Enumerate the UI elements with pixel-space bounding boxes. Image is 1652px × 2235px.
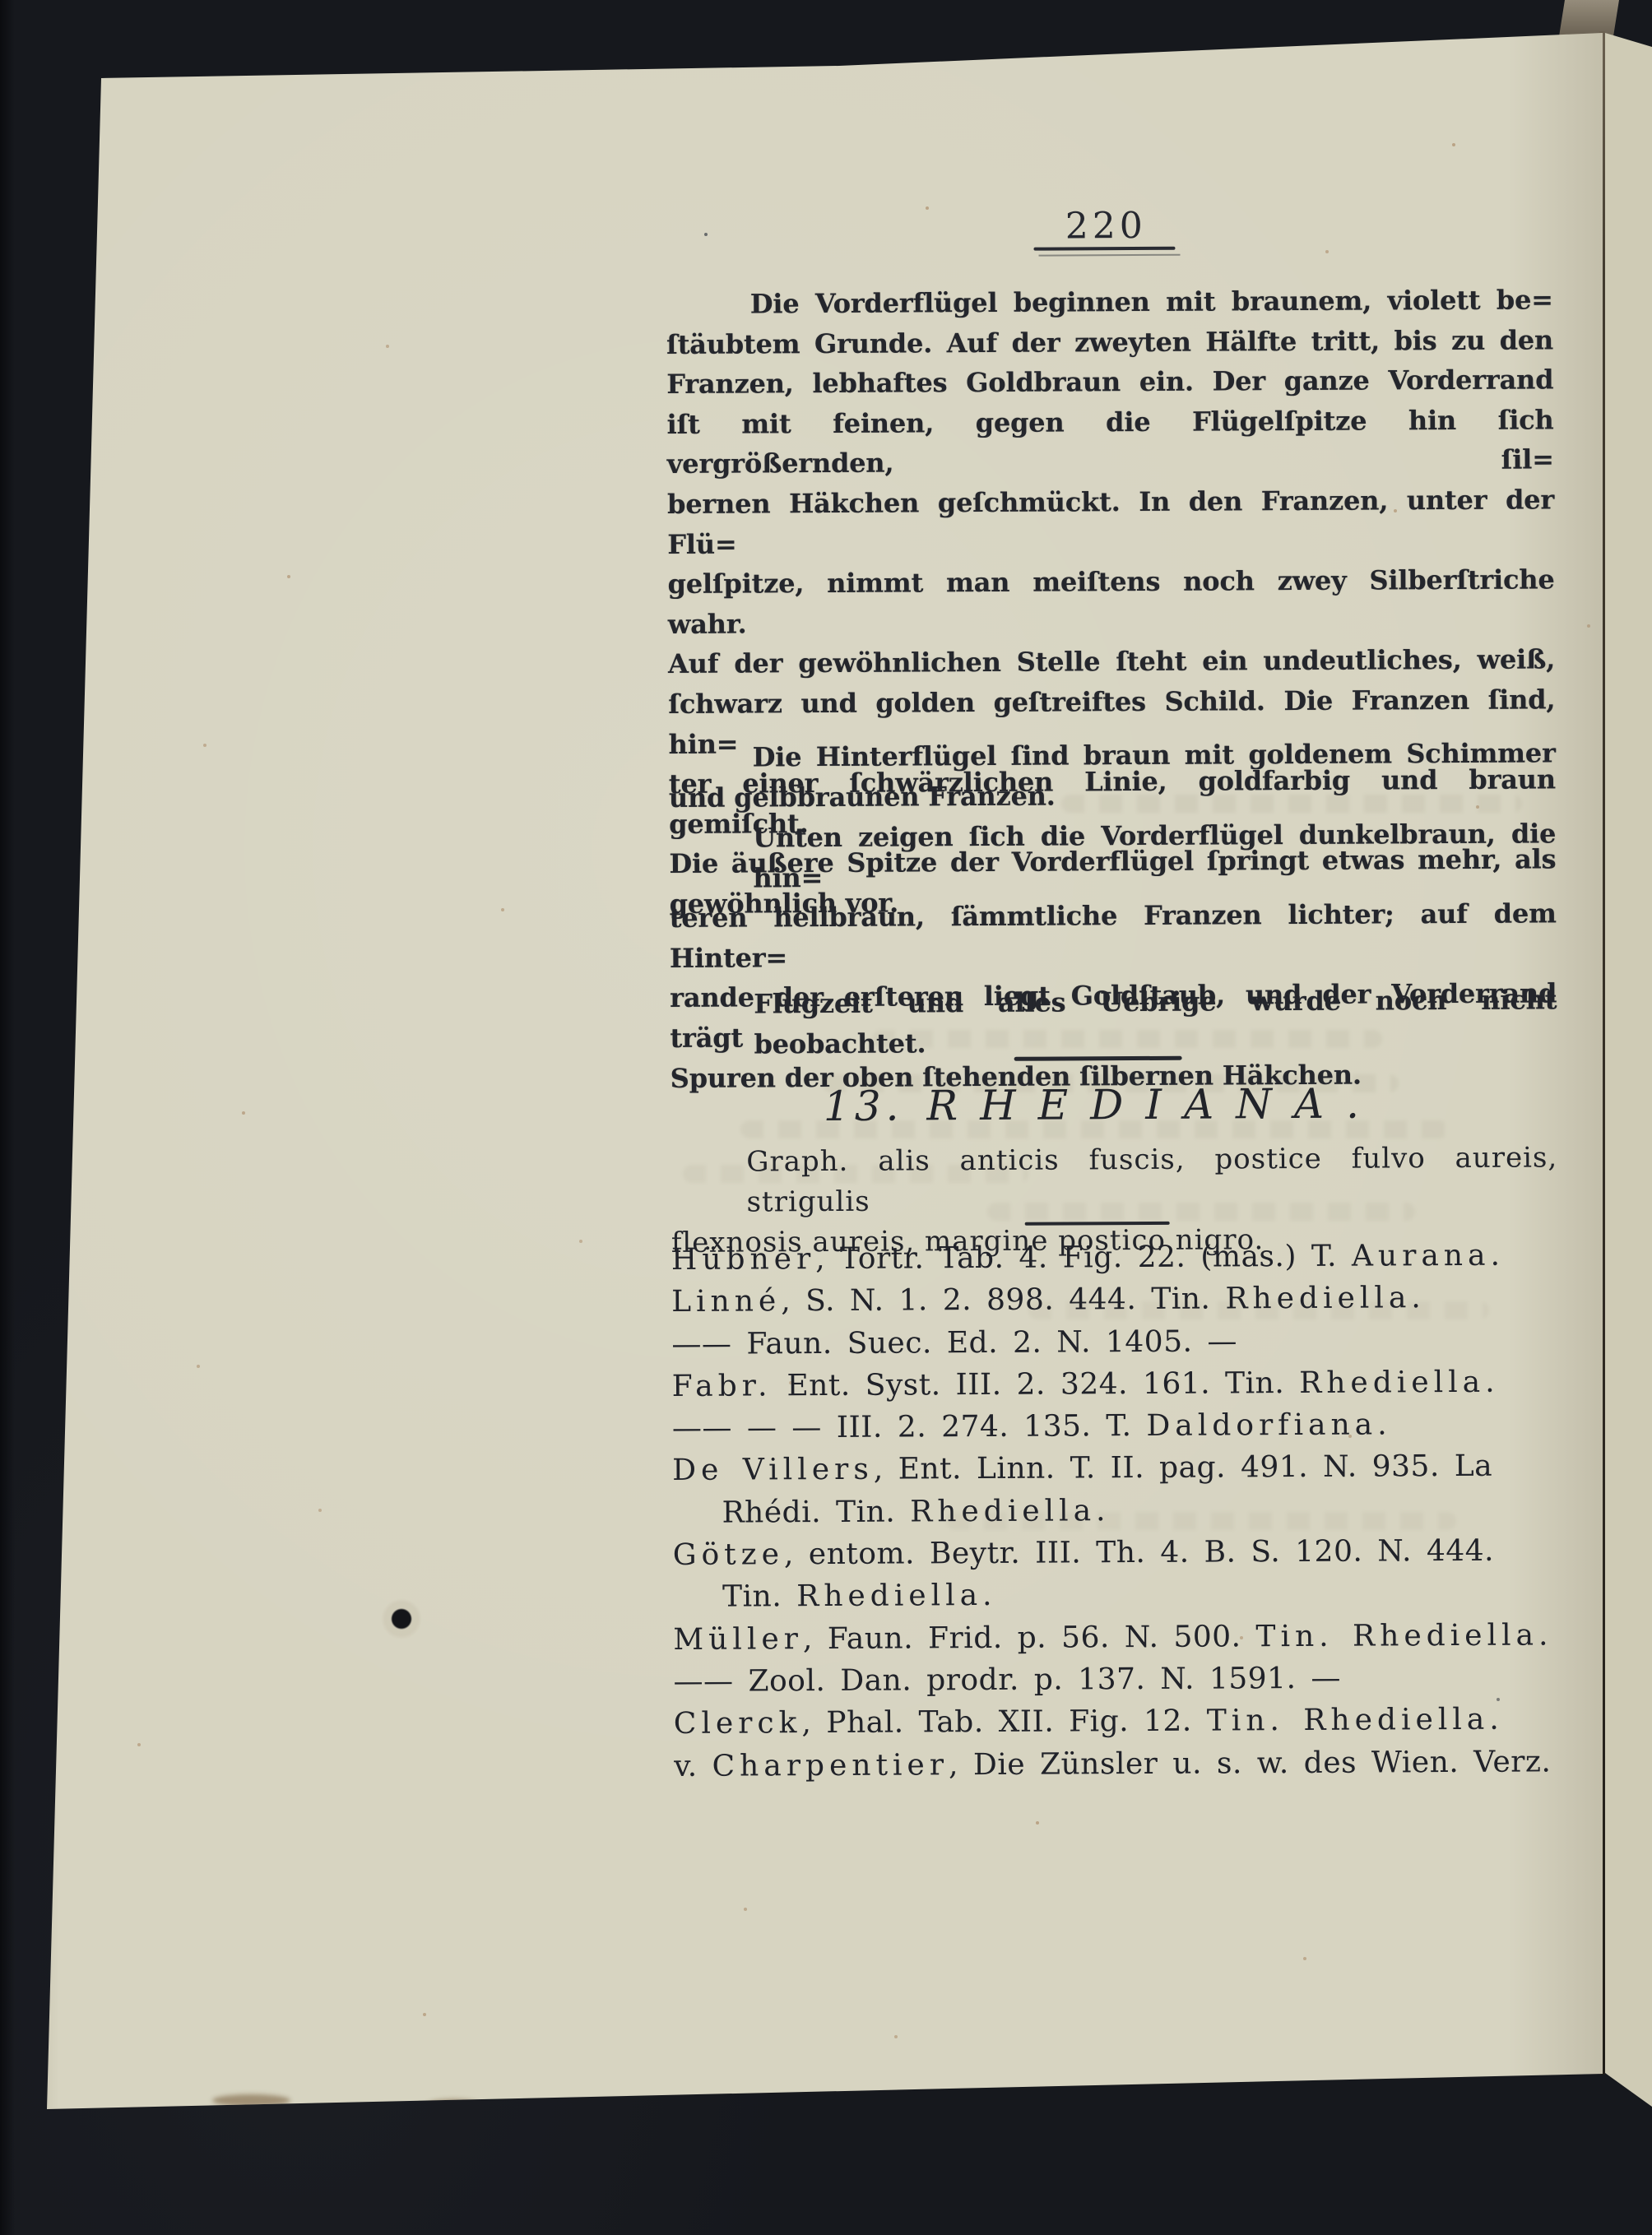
- reference-entry: Clerck, Phal. Tab. XII. Fig. 12. Tin. Rh…: [674, 1699, 1564, 1746]
- reference-citation: , entom. Beytr. III. Th. 4. B. S. 120. N…: [784, 1534, 1494, 1572]
- body-line: teren hellbraun, ſämmtliche Franzen lich…: [670, 894, 1557, 979]
- reference-taxon: Tin. Rhediella.: [1207, 1703, 1504, 1738]
- reference-citation: , Ent. Linn. T. II. pag. 491. N. 935. La: [874, 1449, 1493, 1486]
- reference-citation: Tin.: [722, 1580, 796, 1614]
- body-line: Unten zeigen ſich die Vorderflügel dunke…: [669, 814, 1556, 898]
- reference-author: Linné: [671, 1285, 781, 1319]
- reference-author: Götze: [673, 1537, 784, 1572]
- binding-headband: [1559, 0, 1619, 39]
- reference-entry: —— Zool. Dan. prodr. p. 137. N. 1591. —: [673, 1656, 1563, 1703]
- reference-author: Clerck: [674, 1706, 802, 1741]
- reference-citation: , Faun. Frid. p. 56. N. 500.: [803, 1620, 1256, 1656]
- reference-taxon: Rhediella.: [796, 1579, 997, 1613]
- body-line: gelſpitze, nimmt man meiſtens noch zwey …: [667, 560, 1554, 645]
- section-separator-rule: [1014, 1056, 1182, 1061]
- edge-stain: [428, 2099, 479, 2109]
- reference-citation: , Phal. Tab. XII. Fig. 12.: [801, 1704, 1207, 1741]
- reference-entry-continuation: Rhédi. Tin. Rhediella.: [672, 1487, 1562, 1534]
- page-number-rule-thick: [1033, 247, 1175, 251]
- reference-taxon: Rhediella.: [910, 1494, 1111, 1528]
- body-line: ſtäubtem Grunde. Auf der zweyten Hälfte …: [666, 320, 1553, 364]
- reference-author: Hübner: [671, 1242, 816, 1277]
- reference-citation: , S. N. 1. 2. 898. 444. Tin.: [781, 1282, 1225, 1319]
- body-line: bernen Häkchen geſchmückt. In den Franze…: [667, 480, 1554, 564]
- body-line: Auf der gewöhnlichen Stelle ſteht ein un…: [668, 640, 1555, 684]
- reference-list: Hübner, Tortr. Tab. 4. Fig. 22. (mas.) T…: [671, 1234, 1564, 1788]
- reference-entry: —— — — III. 2. 274. 135. T. Daldorfiana.: [672, 1403, 1562, 1450]
- diagnosis-line: Graph. alis anticis fuscis, postice fulv…: [671, 1138, 1557, 1223]
- reference-entry-continuation: Tin. Rhediella.: [673, 1572, 1563, 1619]
- section-heading: 13.RHEDIANA.: [659, 1078, 1546, 1131]
- page-number-text: 220: [1065, 205, 1147, 248]
- species-name: RHEDIANA.: [926, 1079, 1381, 1129]
- reference-citation: —— Faun. Suec. Ed. 2. N. 1405. —: [671, 1324, 1237, 1361]
- species-number: 13.: [824, 1083, 904, 1131]
- reference-entry: —— Faun. Suec. Ed. 2. N. 1405. —: [671, 1319, 1562, 1366]
- reference-entry: Hübner, Tortr. Tab. 4. Fig. 22. (mas.) T…: [671, 1234, 1562, 1281]
- reference-entry: De Villers, Ent. Linn. T. II. pag. 491. …: [672, 1445, 1562, 1492]
- reference-taxon: Daldorfiana.: [1146, 1408, 1391, 1444]
- body-line: Die Vorderflügel beginnen mit braunem, v…: [666, 280, 1553, 324]
- book-page: 220 Die Vorderflügel beginnen mit braune…: [0, 0, 1652, 2235]
- reference-citation: v.: [674, 1749, 712, 1783]
- reference-entry: Fabr. Ent. Syst. III. 2. 324. 161. Tin. …: [672, 1361, 1562, 1407]
- page-number: 220: [1033, 205, 1178, 248]
- reference-entry: Müller, Faun. Frid. p. 56. N. 500. Tin. …: [673, 1614, 1563, 1661]
- reference-entry: Götze, entom. Beytr. III. Th. 4. B. S. 1…: [673, 1529, 1563, 1576]
- reference-author: Müller: [673, 1622, 803, 1657]
- paragraph-flugzeit: Flugzeit und alles Uebrige wurde noch ni…: [670, 980, 1557, 1064]
- reference-taxon: Tin. Rhediella.: [1255, 1618, 1552, 1653]
- body-line: Franzen, lebhaftes Goldbraun ein. Der ga…: [666, 360, 1553, 405]
- reference-entry: v. Charpentier, Die Zünsler u. s. w. des…: [674, 1741, 1564, 1788]
- reference-taxon: Aurana.: [1352, 1239, 1505, 1273]
- reference-citation: , Die Zünsler u. s. w. des Wien. Verz.: [949, 1745, 1552, 1782]
- reference-citation: Rhédi. Tin.: [722, 1495, 910, 1529]
- reference-taxon: Rhediella.: [1299, 1366, 1500, 1400]
- page-number-rule-thin: [1039, 254, 1181, 257]
- reference-entry: Linné, S. N. 1. 2. 898. 444. Tin. Rhedie…: [671, 1277, 1562, 1324]
- reference-author: Charpentier: [712, 1748, 949, 1783]
- paragraph-hinterfluegel: Die Hinterflügel ſind braun mit goldenem…: [669, 733, 1556, 818]
- body-line: und gelbbraunen Franzen.: [669, 773, 1556, 818]
- printed-page-content: 220 Die Vorderflügel beginnen mit braune…: [0, 0, 1652, 2235]
- reference-citation: —— — — III. 2. 274. 135. T.: [672, 1409, 1147, 1445]
- paper-speckles: [0, 0, 2, 2]
- reference-author: De Villers: [672, 1453, 874, 1487]
- reference-citation: , Tortr. Tab. 4. Fig. 22. (mas.) T.: [815, 1240, 1352, 1276]
- reference-citation: —— Zool. Dan. prodr. p. 137. N. 1591. —: [673, 1662, 1341, 1699]
- reference-citation: Ent. Syst. III. 2. 324. 161. Tin.: [772, 1366, 1299, 1403]
- body-line: Die Hinterflügel ſind braun mit goldenem…: [669, 733, 1556, 777]
- reference-taxon: Rhediella.: [1225, 1281, 1426, 1315]
- body-line: iſt mit feinen, gegen die Flügelſpitze h…: [666, 400, 1553, 485]
- reference-author: Fabr.: [672, 1369, 773, 1403]
- body-line: Flugzeit und alles Uebrige wurde noch ni…: [670, 980, 1557, 1064]
